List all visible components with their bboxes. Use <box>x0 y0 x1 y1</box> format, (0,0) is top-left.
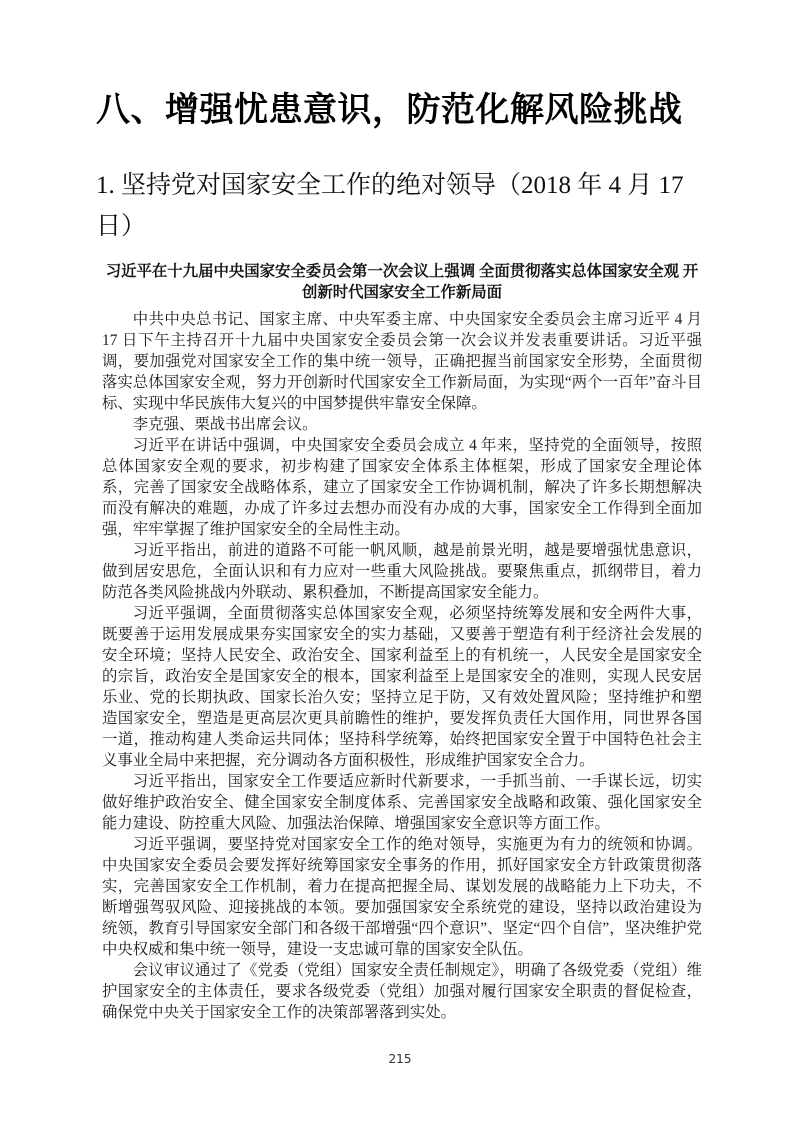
section-title: 1. 坚持党对国家安全工作的绝对领导（2018 年 4 月 17 日） <box>96 165 702 247</box>
article-body: 中共中央总书记、国家主席、中央军委主席、中央国家安全委员会主席习近平 4 月 1… <box>102 309 702 1023</box>
article-paragraph: 习近平强调，要坚持党对国家安全工作的绝对领导，实施更为有力的统领和协调。中央国家… <box>102 834 702 960</box>
article-headline: 习近平在十九届中央国家安全委员会第一次会议上强调 全面贯彻落实总体国家安全观 开… <box>102 261 702 303</box>
document-page: 八、增强忧患意识，防范化解风险挑战 1. 坚持党对国家安全工作的绝对领导（201… <box>0 0 800 1133</box>
article-paragraph: 习近平指出，国家安全工作要适应新时代新要求，一手抓当前、一手谋长远，切实做好维护… <box>102 771 702 834</box>
page-number: 215 <box>0 1052 800 1066</box>
article-paragraph: 李克强、栗战书出席会议。 <box>102 414 702 435</box>
article-paragraph: 习近平指出，前进的道路不可能一帆风顺，越是前景光明，越是要增强忧患意识，做到居安… <box>102 540 702 603</box>
article-paragraph: 习近平在讲话中强调，中央国家安全委员会成立 4 年来，坚持党的全面领导，按照总体… <box>102 435 702 540</box>
article-paragraph: 会议审议通过了《党委（党组）国家安全责任制规定》，明确了各级党委（党组）维护国家… <box>102 960 702 1023</box>
article-paragraph: 中共中央总书记、国家主席、中央军委主席、中央国家安全委员会主席习近平 4 月 1… <box>102 309 702 414</box>
chapter-title: 八、增强忧患意识，防范化解风险挑战 <box>96 90 702 133</box>
article-paragraph: 习近平强调，全面贯彻落实总体国家安全观，必须坚持统筹发展和安全两件大事，既要善于… <box>102 603 702 771</box>
